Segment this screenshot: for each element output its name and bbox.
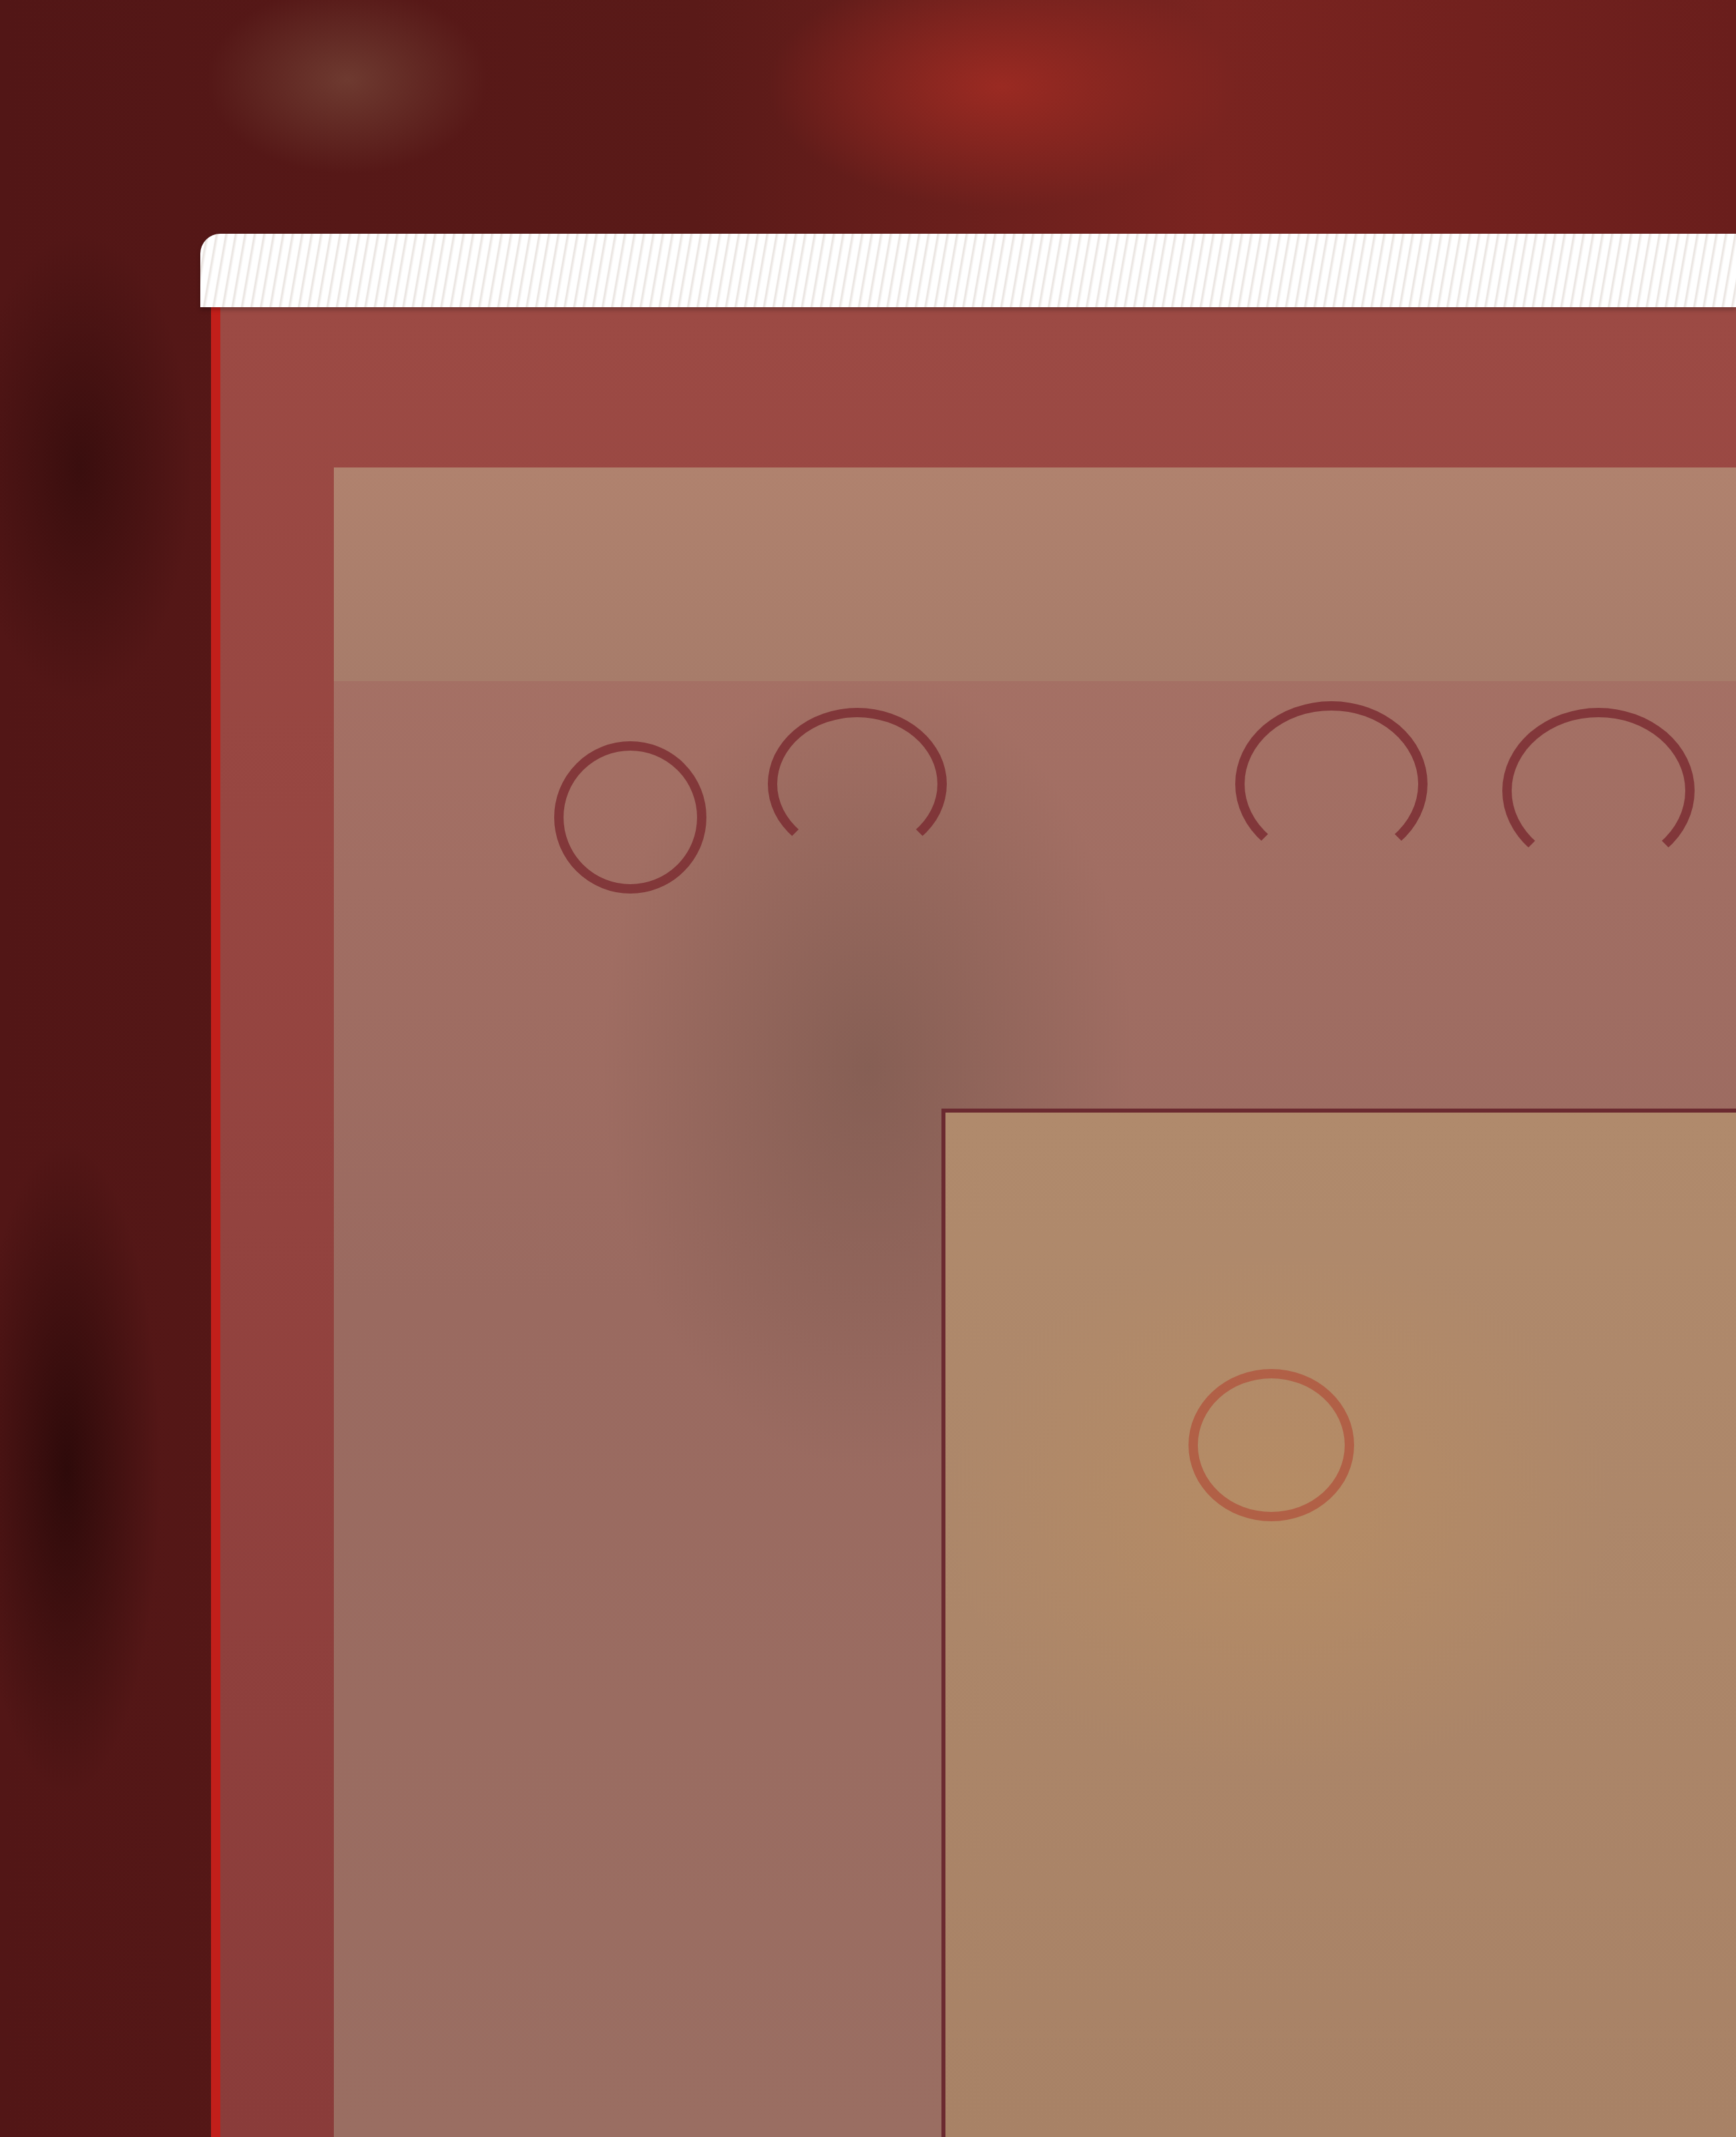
photo-scene [0, 0, 1736, 2137]
flower-motif [1188, 1369, 1354, 1521]
vine-motif [1235, 701, 1428, 867]
rug-center-field [941, 1109, 1736, 2137]
flower-motif [554, 741, 706, 894]
rug-guard-band [334, 467, 1736, 681]
rug-fringe [200, 234, 1736, 307]
vine-motif [768, 708, 947, 860]
vine-motif [1502, 708, 1695, 873]
